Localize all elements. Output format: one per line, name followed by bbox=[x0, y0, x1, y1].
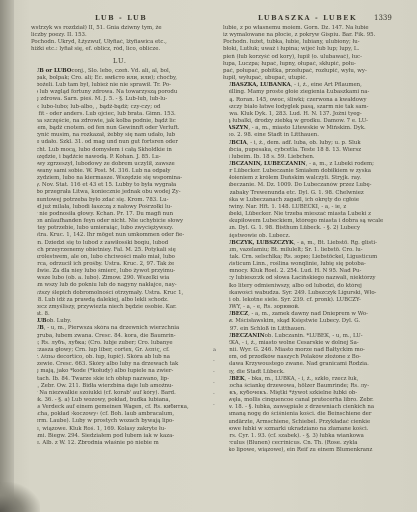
entry-text: się mają, jako *kode (*kołudy) albo łupi… bbox=[37, 368, 173, 374]
entry-text: Czynić musim, na rozkazał, żebby się nam… bbox=[37, 132, 175, 138]
entry-headword: LUBECZANIN bbox=[229, 333, 265, 339]
entry-text: , - a, m., z Lubeki rodem; bbox=[306, 161, 374, 167]
text-line: a gruba, łubem zwana. Cresc. 84. kora, d… bbox=[37, 333, 209, 340]
text-line: bo: lubo-lubo; lub-albo, , bądź-bądź; cz… bbox=[37, 104, 209, 111]
text-line: , kocha ściankę drzewowa, hölzer Baumrin… bbox=[229, 383, 401, 390]
text-line: Gr. λέπω decortico, ob. łup, łupić). Skó… bbox=[37, 354, 209, 361]
entry-text: rzem, od przodków naszych Polaków złożon… bbox=[229, 354, 361, 360]
entry-text: Spilling. Mamy proste głoie ziegienia Łu… bbox=[229, 89, 369, 95]
text-line: ski ob. lekotne siele. Syr. 239. cf. pro… bbox=[229, 297, 401, 304]
entry-text: ski ob. lekotne siele. Syr. 239. cf. pro… bbox=[229, 297, 361, 303]
entry-headword: LUBECZ bbox=[229, 311, 248, 317]
entry-text: zawsze lubo (ob. a. lubo). Zimow. 290. W… bbox=[37, 275, 169, 281]
entry-text: ławęła, mollis cinquencoe canal prutecer… bbox=[229, 397, 374, 403]
entry-text: Hat. 8. bbox=[37, 311, 50, 317]
entry-text: sią łubalki, drodzy ziebką w grodku. Dam… bbox=[229, 118, 368, 124]
text-line: das Verdeck auf einem gemeinen Wagen, cf… bbox=[37, 404, 209, 411]
text-line: dacha, pokład ›koczowy‹ (cf. Boh. laub a… bbox=[37, 411, 209, 418]
text-line: Lubeczanie. M. Dz. 1009. Do Lubeczanów p… bbox=[229, 182, 401, 189]
entry-text: wią. Roran. 145, owoc, śliwki; czerwona … bbox=[229, 97, 367, 103]
section-heading: LU. bbox=[31, 58, 209, 65]
text-line: Germ. Laube). Luby w prostych wozach byw… bbox=[37, 418, 209, 425]
entry-text: wszędzie, i bądźcie nawodą. P. Kohan. J.… bbox=[37, 154, 161, 160]
text-line: błoki, Lutłuk; uważ i łupina; wijeć łub … bbox=[223, 46, 401, 53]
text-line: bowy zgrzeszył, lubodowy ze dobrem uczyl… bbox=[37, 161, 209, 168]
entry-text: ob. Luby. bbox=[47, 318, 72, 324]
entry-text: leslawa Krzywoustego zwane. Nad granicam… bbox=[229, 361, 369, 367]
text-line: rzem, od przodków naszych Polaków złożon… bbox=[229, 354, 401, 361]
text-line: Lubeki, Lübecker. Nie trzeba mieszać mia… bbox=[229, 211, 401, 218]
entry-text: lubo przegrała Litwa, koniecznie jednak … bbox=[37, 189, 181, 195]
text-line: LUBECZANINob. Lubczanin. *LUBEK, - u, m.… bbox=[229, 333, 401, 340]
entry-text: z ich przeyrzenemy obietniey. Fal. M. 25… bbox=[37, 247, 176, 253]
entry-text: lib lub wzgląd fortuny zdrowa. Na towarz… bbox=[37, 89, 177, 95]
entry-text: ki zabaky Trewenunda etc. Dyl. G. 1. 98.… bbox=[229, 190, 364, 196]
entry-text: Lubeki, Lübecker. Nie trzeba mieszać mia… bbox=[229, 211, 371, 217]
text-line: my. Nov. Stat. 116 et 43 et 15. Lubby to… bbox=[37, 182, 209, 189]
entry-text: Lubcia, pupesaka, cybcetla. Teste 18 8. … bbox=[229, 147, 361, 153]
dictionary-entry: LUBECZANINob. Lubczanin. *LUBEK, - u, m.… bbox=[223, 333, 401, 376]
entry-text: przydziem, lubo na kiermasze. Wszędzie s… bbox=[37, 175, 182, 181]
entry-text: lacy lubieszczk od słowa Łacińskiego naz… bbox=[229, 275, 376, 281]
text-line: nicht. Lub mocą, lubo domysłem i całą Sk… bbox=[37, 147, 209, 154]
entry-text: nam wszy lub do pokniu lub do nagyny nak… bbox=[37, 282, 177, 288]
dictionary-entry: LUBCZANIN, LUBECZANIN, - a, m., z Lubeki… bbox=[223, 161, 401, 240]
entry-text: Księstwowie ob. Lubecz. bbox=[229, 233, 290, 239]
entry-text: Gr. λέπω decortico, ob. łup, łupić). Skó… bbox=[37, 354, 170, 360]
dictionary-entry: LUBECZ, - a, m., zamek dawny nad Dniepre… bbox=[223, 311, 401, 332]
left-text-column: wstrzyk ws rozdział) II, 51. Gnia dziwny… bbox=[31, 25, 209, 447]
text-line: Czynić musim, na rozkazał, żebby się nam… bbox=[37, 132, 209, 139]
entry-text: , - bka, m., LUBKA, - i, ż., szkło, rzec… bbox=[245, 376, 359, 382]
entry-text: chem, bądź cnotem. od fen nun Gewinnft o… bbox=[37, 125, 180, 131]
dictionary-entry: LUB, - u, m., Pierwsza skóra na drzewnic… bbox=[31, 325, 209, 447]
entry-headword: LUBASZKA, LUBANKA bbox=[229, 82, 291, 88]
entry-text: circulus (Blunen) cecrinicus. Cn. Th. (R… bbox=[229, 440, 358, 446]
text-line: Pochodn. Ukryd, Łżyzwuf, Ułyfiać, lżyfia… bbox=[31, 39, 209, 46]
entry-text: das Verdeck auf einem gemeinen Wagen, cf… bbox=[37, 404, 189, 410]
text-line: Ustra. Kruc. 1, 142. Ihr möget nun umkom… bbox=[37, 232, 209, 239]
text-line: milwie. Za dla niey lubo śmierć, lubo ży… bbox=[37, 268, 209, 275]
text-line: lib lub wzgląd fortuny zdrowa. Na towarz… bbox=[37, 89, 209, 96]
entry-text: złamaną nogę do ściśnienia kości. die Be… bbox=[229, 411, 371, 417]
text-line: LUB or LUBOconj., Slo. lebo, czeń. Vd. a… bbox=[37, 68, 209, 75]
book-spine-shadow bbox=[0, 0, 14, 512]
entry-text: Ustra. Kruc. 1, 142. Ihr möget nun umkom… bbox=[37, 232, 184, 238]
text-line: LUBECZ, - a, m., zamek dawny nad Dniepre… bbox=[229, 311, 401, 318]
entry-text: Lubeczanie. M. Dz. 1009. Do Lubeczanów p… bbox=[229, 182, 371, 188]
entry-text: tyko lipowe, wiązowe), ein Reif zu einem… bbox=[229, 447, 372, 453]
entry-headword: LUBCZANIN, LUBECZANIN bbox=[229, 161, 306, 167]
entry-headword: LUB or LUBO bbox=[37, 68, 72, 74]
entry-text: cium, vazelamiu; Bt. milulelt; Sr. 1. li… bbox=[229, 247, 363, 253]
gutter-mark: - bbox=[213, 367, 216, 378]
entry-text: połoieniem z królem Duńskim walczyli. St… bbox=[229, 175, 361, 181]
text-line: der Lübecker. Lubeczanie Śmiałem dobiłki… bbox=[229, 168, 401, 175]
page-number: 1339 bbox=[374, 14, 392, 22]
text-line: w tey potrzebie, lubo umieraiąc, lubo zw… bbox=[37, 225, 209, 232]
text-line: we, wiązowe. Kluk Roś. 1, 169. Kolasy za… bbox=[37, 426, 209, 433]
entry-text: lipowe łubki w szmarki ukradziano na zła… bbox=[229, 426, 368, 432]
gutter-mark: - bbox=[213, 378, 216, 389]
entry-text: gen. Dziedzi się to lubod z zawiłosśki b… bbox=[37, 240, 168, 246]
continuation-text: wstrzyk ws rozdział) II, 51. Gnia dziwny… bbox=[31, 25, 209, 54]
text-line: lubie, z po własnemu moiem. Gorn. Dz. 14… bbox=[223, 25, 401, 32]
text-line: zętach. Ib. 84. Twarze skie ich obłup na… bbox=[37, 376, 209, 383]
text-line: wyższy ślepich dobromolności otrzymały. … bbox=[37, 290, 209, 297]
text-line: Ow. 18. - §. łubka, zawsępiale z drzewni… bbox=[229, 404, 401, 411]
running-head-left: LUB - LUB bbox=[95, 14, 147, 22]
text-line: pać, połupać, pobitka, przełupać, rozłup… bbox=[223, 68, 401, 75]
text-line: c czasza głowy; Crn. lup liber, cortex, … bbox=[37, 347, 209, 354]
text-line: nie udało. Szkl. 31. od mag und nun gut … bbox=[37, 139, 209, 146]
text-line: złamaną nogę do ściśnienia kości. die Be… bbox=[229, 411, 401, 418]
text-line: nam wszy lub do pokniu lub do nagyny nak… bbox=[37, 282, 209, 289]
entry-text: gmuntowej potrzeba było zdać się. Krom. … bbox=[37, 197, 168, 203]
gutter-mark: - bbox=[213, 389, 216, 400]
text-line: chtak. Crn. selschlka; Rs. зорю; Liebstö… bbox=[229, 254, 401, 261]
entry-headword: LUBCIA bbox=[229, 140, 247, 146]
dictionary-entry: LUBEK, - bka, m., LUBKA, - i, ż., szkło,… bbox=[223, 376, 401, 455]
text-line: Księstwowie ob. Lubecz. bbox=[229, 233, 401, 240]
text-line: fcon anlaufhanden feyn oder nicht. Nie u… bbox=[37, 218, 209, 225]
text-line: mi lubeim. Ib. 18 s. 59. Liebchen. bbox=[229, 154, 401, 161]
text-line: KOWY, - a, - e, Rs. зорювой. bbox=[229, 304, 401, 311]
dictionary-entry: LUBASZKA, LUBANKA, - i, ż., eine Art Pfl… bbox=[223, 82, 401, 125]
dictionary-entry: BASZYN, - a, m., miasto Litewskie w Mińs… bbox=[223, 125, 401, 139]
text-line: fit fit - oder anders. Lub ojciec, lub b… bbox=[37, 111, 209, 118]
entry-text: drzewie. Cresc. 663. Skóry albo luby na … bbox=[37, 361, 178, 367]
text-line: ny Na niezwalkie szoiukki (cf. korab' au… bbox=[37, 390, 209, 397]
dictionary-entry: LUBCZYK, LUBSZCZYK, - a, m., Bt. Liebstö… bbox=[223, 240, 401, 312]
entry-text: Dżwiny. Nar. Hft. 1. 148. LUBECKI, - a, … bbox=[229, 204, 346, 210]
entry-text: biskupiłowem Lubeckiem, którego miasta i… bbox=[229, 218, 383, 224]
gutter-mark: - bbox=[213, 356, 216, 367]
text-line: LUBEK, - bka, m., LUBKA, - i, ż., szkło,… bbox=[229, 376, 401, 383]
entry-text: łaun. Dyl. G. 1. 98. Bisthum Lübeck. - §… bbox=[229, 225, 360, 231]
text-line: gen. Dziedzi się to lubod z zawiłosśki b… bbox=[37, 240, 209, 247]
entry-text: albożeli. Lub tam był, lubież nie nie sp… bbox=[37, 82, 171, 88]
entry-text: a gruba, łubem zwana. Cresc. 84. kora, d… bbox=[37, 333, 176, 339]
entry-headword: BASZYN bbox=[229, 125, 248, 131]
entry-text: mi lubeim. Ib. 18 s. 59. Liebchen. bbox=[229, 154, 315, 160]
text-line: alpak, bolpak; Cro. ali; Ec. вмѣ́сто или… bbox=[37, 75, 209, 82]
entry-text: Geo. 2. 98. eine Stadt in Litthauen. bbox=[229, 132, 319, 138]
entry-text: bod już milała, lubodi łaszczą z nałowy … bbox=[37, 204, 172, 210]
entry-text: , - a, m., zamek dawny nad Dnieprem w Wo… bbox=[248, 311, 368, 317]
text-line: bami. Biegw. 294. Siedziałem pod łubem i… bbox=[37, 433, 209, 440]
text-line: komnocy. Kluk Roel. 2. 254. Lud. H. N 95… bbox=[229, 268, 401, 275]
entry-text: iew. Mścisławskim, skąd Księstwie Lubecy… bbox=[229, 318, 360, 324]
gutter-mark: - bbox=[213, 400, 216, 411]
text-line: łaszczy biało łatwe łodyglek pasą, szarm… bbox=[229, 104, 401, 111]
text-line: zyśka w Lubeczanach zagadl, ich okręty d… bbox=[229, 197, 401, 204]
text-line: wszędzie, i bądźcie nawodą. P. Kohan. J.… bbox=[37, 154, 209, 161]
text-line: 318. Lub idź za prawdą dalekiej, albo le… bbox=[37, 297, 209, 304]
entry-text: zętach. Ib. 84. Twarze skie ich obłup na… bbox=[37, 376, 169, 382]
entry-text: xonii. Wyr. G. 246. Miasto morze nad Bał… bbox=[229, 347, 365, 353]
entry-text: bowy zgrzeszył, lubodowy ze dobrem uczyl… bbox=[37, 161, 175, 167]
entry-text: dacha, pokład ›koczowy‹ (cf. Boh. laub a… bbox=[37, 411, 174, 417]
entry-text: w tey potrzebie, lubo umieraiąc, lubo zw… bbox=[37, 225, 173, 231]
text-line: Geo. 2. 98. eine Stadt in Litthauen. bbox=[229, 132, 401, 139]
entry-text: wey, die Stadt Lübeck. bbox=[229, 369, 285, 375]
text-line: LUB, - u, m., Pierwsza skóra na drzewnic… bbox=[37, 325, 209, 332]
text-line: się zdrowa. Sarn. pieś. M. J. 5. - §. Lu… bbox=[37, 96, 209, 103]
text-line: wstrzyk ws rozdział) II, 51. Gnia dziwny… bbox=[31, 25, 209, 32]
entry-text: milwie. Za dla niey lubo śmierć, lubo ży… bbox=[37, 268, 175, 274]
text-line: xonii. Wyr. G. 246. Miasto morze nad Bał… bbox=[229, 347, 401, 354]
continuation-text: lubie, z po własnemu moiem. Gorn. Dz. 14… bbox=[223, 25, 401, 82]
text-line: Dżwiny. Nar. Hft. 1. 148. LUBECKI, - a, … bbox=[229, 204, 401, 211]
entry-text: chtak. Crn. selschlka; Rs. зорю; Liebstö… bbox=[229, 254, 377, 260]
text-line: бокъ, кубочекъ. Miętki *żywot szkielne ł… bbox=[229, 390, 401, 397]
text-line: łupił, wyłupać, ubupać, utupić. bbox=[223, 75, 401, 82]
entry-text: my. Nov. Stat. 116 et 43 et 15. Lubby to… bbox=[37, 182, 176, 188]
entry-text: zyśka w Lubeczanach zagadl, ich okręty d… bbox=[229, 197, 359, 203]
text-line: chem, bądź cnotem. od fen nun Gewinnft o… bbox=[37, 125, 209, 132]
text-line: *LUBob. Luby. bbox=[37, 318, 209, 325]
entry-text: tylko litery odmieniwszy, albo od lubodz… bbox=[229, 283, 362, 289]
entry-text: Wundärzte, Armschiene, Schiebel. Przykła… bbox=[229, 419, 370, 425]
text-line: circulus (Blunen) cecrinicus. Cn. Th. (R… bbox=[229, 440, 401, 447]
entry-text: bami. Biegw. 294. Siedziałem pod łubem i… bbox=[37, 433, 174, 439]
entry-text: ob. Lubczanin. *LUBEK, - u, m., LU- bbox=[265, 333, 363, 339]
text-line: Lubcia, pupesaka, cybcetla. Teste 18 8. … bbox=[229, 147, 401, 154]
entry-text: komnocy. Kluk Roel. 2. 254. Lud. H. N 95… bbox=[229, 268, 361, 274]
entry-text: nicht. Lub mocą, lubo domysłem i całą Sk… bbox=[37, 147, 172, 153]
text-line: połoieniem z królem Duńskim walczyli. St… bbox=[229, 175, 401, 182]
text-line: liczby poezy. II. 153. bbox=[31, 32, 209, 39]
entry-text: się zdrowa. Sarn. pieś. M. J. 5. - §. Lu… bbox=[37, 96, 167, 102]
text-line: z ich przeyrzenemy obietniey. Fal. M. 25… bbox=[37, 247, 209, 254]
text-line: Spilling. Mamy proste głoie ziegienia Łu… bbox=[229, 89, 401, 96]
text-line: LUBCZANIN, LUBECZANIN, - a, m., z Lubeki… bbox=[229, 161, 401, 168]
entry-text: , kocha ściankę drzewowa, hölzer Baumrin… bbox=[229, 383, 369, 389]
text-line: de; Rs. лубъ, лубка; (Cro. lubje zuber; … bbox=[37, 340, 209, 347]
text-line: BASZYN, - a, m., miasto Litewskie w Mińs… bbox=[229, 125, 401, 132]
text-line: przydziem, lubo na kiermasze. Wszędzie s… bbox=[37, 175, 209, 182]
entry-text: nie udało. Szkl. 31. od mag und nun gut … bbox=[37, 139, 178, 145]
text-line: sią łubalki, drodzy ziebką w grodku. Dam… bbox=[229, 118, 401, 125]
text-line: łaun. Dyl. G. 1. 98. Bisthum Lübeck. - §… bbox=[229, 225, 401, 232]
entry-text: Rzecz zmyśliszy, przywiezta niech będzie… bbox=[37, 304, 177, 310]
text-line: zawsze lubo (ob. a. lubo). Zimow. 290. W… bbox=[37, 275, 209, 282]
text-line: tylko litery odmieniwszy, albo od lubodz… bbox=[229, 283, 401, 290]
gutter-mark: a bbox=[213, 345, 216, 356]
text-line: lacy lubieszczk od słowa Łacińskiego naz… bbox=[229, 275, 401, 282]
text-line: Lek. 36. - §. a) Lub wozowy, pokład, bud… bbox=[37, 397, 209, 404]
text-line: sliwa. Kluk Dyk. 1, 283. Lud. H. N. 137.… bbox=[229, 111, 401, 118]
text-line: się mają, jako *kode (*kołudy) albo łupi… bbox=[37, 368, 209, 375]
entry-text: bowany sami sobie. W. Post. M. 316. Lub … bbox=[37, 168, 171, 174]
text-line: LUBASZKA, LUBANKA, - i, ż., eine Art Pfl… bbox=[229, 82, 401, 89]
entry-text: Germ. Laube). Luby w prostych wozach byw… bbox=[37, 418, 174, 424]
scanned-dictionary-page: LUB - LUB LUBASZKA - LUBEK 1339 wstrzyk … bbox=[0, 0, 417, 512]
text-line: hiżki etc.: lyfiał się, ef. oblicz, ród,… bbox=[31, 46, 209, 53]
text-line: lubo przegrała Litwa, koniecznie jednak … bbox=[37, 189, 209, 196]
text-line: Rzecz zmyśliszy, przywiezta niech będzie… bbox=[37, 304, 209, 311]
text-line: albożeli. Lub tam był, lubież nie nie sp… bbox=[37, 82, 209, 89]
text-line: wią. Roran. 145, owoc, śliwki; czerwona … bbox=[229, 97, 401, 104]
text-line: LUBCIA, - i, ż., dem. adf. luba, ob. lub… bbox=[229, 140, 401, 147]
entry-headword: LUB bbox=[37, 325, 44, 331]
entry-headword: *LUB bbox=[37, 318, 47, 324]
text-line: Pochodn. łużet, tubka, łubie, lubiany, u… bbox=[223, 39, 401, 46]
text-line: cium, vazelamiu; Bt. milulelt; Sr. 1. li… bbox=[229, 247, 401, 254]
entry-text: ciekawości wabudza. Syr. 249. Lubszczyk … bbox=[229, 290, 376, 296]
entry-headword: LUBCZYK, LUBSZCZYK bbox=[229, 240, 294, 246]
text-line: ka, Zebr. Ow. 211. Bidła wierzbina daje … bbox=[37, 383, 209, 390]
entry-text: der Lübecker. Lubeczanie Śmiałem dobiłki… bbox=[229, 168, 371, 174]
entry-text: , - i, ż., dem. adf. luba, ob. luby; u. … bbox=[247, 140, 361, 146]
entry-text: KOWY, - a, - e, Rs. зорювой. bbox=[229, 304, 300, 310]
text-line: ki zabaky Trewenunda etc. Dyl. G. 1. 98.… bbox=[229, 190, 401, 197]
entry-text: , - i, ż., eine Art Pflaumen, bbox=[291, 82, 362, 88]
entry-text: Lek. 36. - §. a) Lub wozowy, pokład, bud… bbox=[37, 397, 170, 403]
entry-text: wyższy ślepich dobromolności otrzymały. … bbox=[37, 290, 183, 296]
entry-text: bo: lubo-lubo; lub-albo, , bądź-bądź; cz… bbox=[37, 104, 160, 110]
entry-text: , - a, m., Bt. Liebstö. Rg. glisti- bbox=[294, 240, 377, 246]
text-line: levisticum Linn., roślina wonqlinie, lub… bbox=[229, 261, 401, 268]
entry-text: by nie podnosiła głowy. Kchan. Pr. 17. D… bbox=[37, 211, 173, 217]
entry-text: cie. Alb. z W. 12. Zbrodnia właśnie pó n… bbox=[37, 440, 159, 446]
entry-text: we, wiązowe. Kluk Roś. 1, 169. Kolasy za… bbox=[37, 426, 166, 432]
dictionary-entry: LUB or LUBOconj., Slo. lebo, czeń. Vd. a… bbox=[31, 68, 209, 318]
entry-headword: LUBEK bbox=[229, 376, 245, 382]
entry-text: fit fit - oder anders. Lub ojciec, lub b… bbox=[37, 111, 176, 117]
text-line: BEKA, - i, ż., miasto wolne Cesarskie w … bbox=[229, 340, 401, 347]
entry-text: Ow. 18. - §. łubka, zawsępiale z drzewni… bbox=[229, 404, 374, 410]
entry-text: de; Rs. лубъ, лубка; (Cro. lubje zuber; … bbox=[37, 340, 173, 346]
entry-text: , - u, m., Pierwsza skóra na drzewnich w… bbox=[44, 325, 179, 331]
entry-text: 318. Lub idź za prawdą dalekiej, albo le… bbox=[37, 297, 169, 303]
text-line: iz wymalowane na płocie, z pokryw Gispiu… bbox=[223, 32, 401, 39]
gutter-marks: a----- bbox=[213, 345, 216, 411]
text-line: bowany sami sobie. W. Post. M. 316. Lub … bbox=[37, 168, 209, 175]
right-text-column: lubie, z po własnemu moiem. Gorn. Dz. 14… bbox=[223, 25, 401, 454]
text-line: LUBCZYK, LUBSZCZYK, - a, m., Bt. Liebstö… bbox=[229, 240, 401, 247]
entry-text: alpak, bolpak; Cro. ali; Ec. вмѣ́сто или… bbox=[37, 75, 177, 81]
entry-text: z na szczęście, na zdrowie, jak kolba po… bbox=[37, 118, 176, 124]
dictionary-entry: *LUBob. Luby. bbox=[31, 318, 209, 325]
dictionary-entry: LUBCIA, - i, ż., dem. adf. luba, ob. lub… bbox=[223, 140, 401, 161]
entry-text: BEKA, - i, ż., miasto wolne Cesarskie w … bbox=[229, 340, 359, 346]
text-line: 2. 97. ein Schloß in Litthauen. bbox=[229, 326, 401, 333]
text-line: z królestwem, ale on, lubo chciwości mał… bbox=[37, 254, 209, 261]
entry-text: Pers. Cyr. 1. 93. (cf. szabek). - §. 3) … bbox=[229, 433, 364, 439]
page-corner-shadow bbox=[0, 482, 40, 512]
entry-text: бокъ, кубочекъ. Miętki *żywot szkielne ł… bbox=[229, 390, 357, 396]
entry-text: łaszczy biało łatwe łodyglek pasą, szarm… bbox=[229, 104, 368, 110]
text-line: gmuntowej potrzeba było zdać się. Krom. … bbox=[37, 197, 209, 204]
text-line: ciekawości wabudza. Syr. 249. Lubszczyk … bbox=[229, 290, 401, 297]
text-line: pień (łub korzyść od kory), łupił (o. ul… bbox=[223, 54, 401, 61]
text-line: z na szczęście, na zdrowie, jak kolba po… bbox=[37, 118, 209, 125]
entry-text: z królestwem, ale on, lubo chciwości mał… bbox=[37, 254, 175, 260]
text-line: lipowe łubki w szmarki ukradziano na zła… bbox=[229, 426, 401, 433]
text-line: bod już milała, lubodi łaszczą z nałowy … bbox=[37, 204, 209, 211]
text-line: iew. Mścisławskim, skąd Księstwie Lubecy… bbox=[229, 318, 401, 325]
text-line: Wundärzte, Armschiene, Schiebel. Przykła… bbox=[229, 419, 401, 426]
entry-text: cerca, odrzucił ich prośby. Ustra. Kruc.… bbox=[37, 261, 174, 267]
text-line: Pers. Cyr. 1. 93. (cf. szabek). - §. 3) … bbox=[229, 433, 401, 440]
text-line: leslawa Krzywoustego zwane. Nad granicam… bbox=[229, 361, 401, 368]
running-head-right: LUBASZKA - LUBEK bbox=[258, 14, 357, 22]
text-line: tyko lipowe, wiązowe), ein Reif zu einem… bbox=[229, 447, 401, 454]
text-line: cerca, odrzucił ich prośby. Ustra. Kruc.… bbox=[37, 261, 209, 268]
entry-text: fcon anlaufhanden feyn oder nicht. Nie u… bbox=[37, 218, 183, 224]
entry-text: ka, Zebr. Ow. 211. Bidła wierzbina daje … bbox=[37, 383, 173, 389]
text-line: cie. Alb. z W. 12. Zbrodnia właśnie pó n… bbox=[37, 440, 209, 447]
entry-text: ny Na niezwalkie szoiukki (cf. korab' au… bbox=[37, 390, 176, 396]
text-line: Hat. 8. bbox=[37, 311, 209, 318]
text-line: drzewie. Cresc. 663. Skóry albo luby na … bbox=[37, 361, 209, 368]
entry-text: 2. 97. ein Schloß in Litthauen. bbox=[229, 326, 306, 332]
text-line: biskupiłowem Lubeckiem, którego miasta i… bbox=[229, 218, 401, 225]
text-line: by nie podnosiła głowy. Kchan. Pr. 17. D… bbox=[37, 211, 209, 218]
entry-text: , - a, m., miasto Litewskie w Mińskim. D… bbox=[248, 125, 365, 131]
entry-text: c czasza głowy; Crn. lup liber, cortex, … bbox=[37, 347, 170, 353]
text-line: wey, die Stadt Lübeck. bbox=[229, 369, 401, 376]
text-line: łupa, Luczpa; łupać, łupny, ołupać, skłu… bbox=[223, 61, 401, 68]
entry-text: sliwa. Kluk Dyk. 1, 283. Lud. H. N. 137.… bbox=[229, 111, 362, 117]
entry-text: conj., Slo. lebo, czeń. Vd. ali, al, bol… bbox=[72, 68, 171, 74]
text-line: ławęła, mollis cinquencoe canal prutecer… bbox=[229, 397, 401, 404]
entry-text: levisticum Linn., roślina wonqlinie, lub… bbox=[229, 261, 366, 267]
